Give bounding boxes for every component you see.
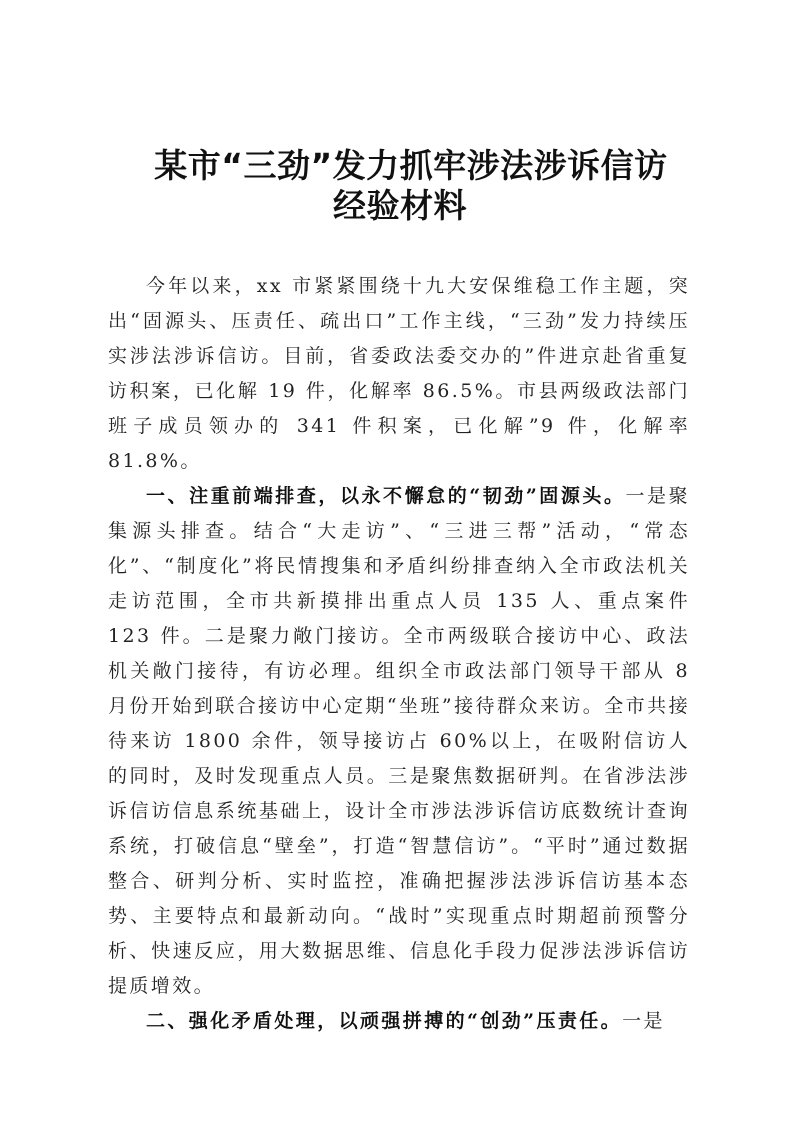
paragraph-section-1: 一、注重前端排查，以永不懈怠的“韧劲”固源头。一是聚集源头排查。结合“大走访”、… xyxy=(108,479,690,1004)
section-heading: 二、强化矛盾处理，以顽强拼搏的“创劲”压责任。 xyxy=(146,1010,622,1032)
document-body: 今年以来，xx 市紧紧围绕十九大安保维稳工作主题，突出“固源头、压责任、疏出口”… xyxy=(108,269,690,1039)
paragraph-intro: 今年以来，xx 市紧紧围绕十九大安保维稳工作主题，突出“固源头、压责任、疏出口”… xyxy=(108,269,690,479)
title-line-1: 某市“三劲”发力抓牢涉法涉诉信访 xyxy=(100,146,700,186)
paragraph-text: 今年以来，xx 市紧紧围绕十九大安保维稳工作主题，突出“固源头、压责任、疏出口”… xyxy=(108,275,690,472)
document-title: 某市“三劲”发力抓牢涉法涉诉信访 经验材料 xyxy=(100,146,700,226)
document-page: 某市“三劲”发力抓牢涉法涉诉信访 经验材料 今年以来，xx 市紧紧围绕十九大安保… xyxy=(0,0,793,1122)
paragraph-text: 一是聚集源头排查。结合“大走访”、“三进三帮”活动，“常态化”、“制度化”将民情… xyxy=(108,485,690,997)
paragraph-section-2: 二、强化矛盾处理，以顽强拼搏的“创劲”压责任。一是 xyxy=(108,1004,690,1039)
title-line-2: 经验材料 xyxy=(100,186,700,226)
section-heading: 一、注重前端排查，以永不懈怠的“韧劲”固源头。 xyxy=(146,485,626,507)
paragraph-text: 一是 xyxy=(622,1010,665,1032)
